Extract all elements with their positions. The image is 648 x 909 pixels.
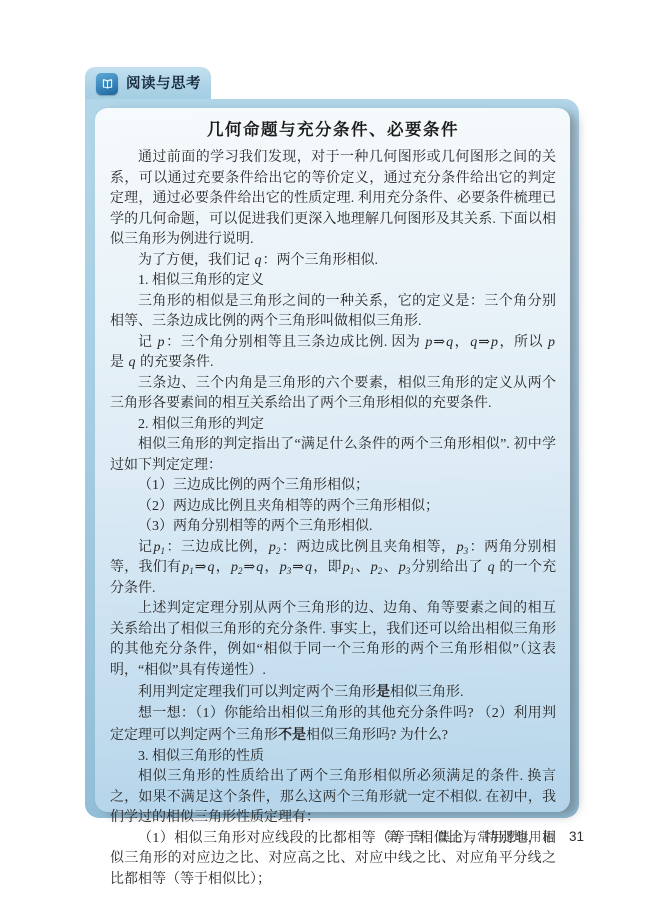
content-card: 几何命题与充分条件、必要条件 通过前面的学习我们发现，对于一种几何图形或几何图形… [95,107,570,812]
tab-label: 阅读与思考 [126,73,201,95]
paragraph-body: 相似三角形的判定指出了“满足什么条件的两个三角形相似”. 初中学过如下判定定理： [110,435,556,476]
paragraph-heading: 3. 相似三角形的性质 [110,747,556,768]
footer-page-number: 31 [569,829,584,844]
open-book-icon [96,73,118,95]
article-title: 几何命题与充分条件、必要条件 [110,119,556,142]
paragraph-body: 上述判定定理分别从两个三角形的边、边角、角等要素之间的相互关系给出了相似三角形的… [110,599,556,681]
page-background: { "colors": { "panel_blue": "#a5cde3", "… [0,0,648,909]
paragraph-body: 为了方便，我们记 q：两个三角形相似. [110,251,556,272]
paragraph-body: 记 p：三个角分别相等且三条边成比例. 因为 p⇒q，q⇒p，所以 p 是 q … [110,333,556,374]
paragraph-body: 记p1：三边成比例，p2：两边成比例且夹角相等，p3：两角分别相等，我们有p1⇒… [110,538,556,600]
paragraph-heading: 2. 相似三角形的判定 [110,415,556,436]
paragraph-body: 相似三角形的性质给出了两个三角形相似所必须满足的条件. 换言之，如果不满足这个条… [110,767,556,829]
paragraph-body: 想一想：（1）你能给出相似三角形的其他充分条件吗? （2）利用判定定理可以判定两… [110,704,556,747]
article-body: 通过前面的学习我们发现，对于一种几何图形或几何图形之间的关系，可以通过充要条件给… [110,148,556,890]
paragraph-body: 三角形的相似是三角形之间的一种关系，它的定义是：三个角分别相等、三条边成比例的两… [110,292,556,333]
paragraph-body: 通过前面的学习我们发现，对于一种几何图形或几何图形之间的关系，可以通过充要条件给… [110,148,556,251]
paragraph-item: （2）两边成比例且夹角相等的两个三角形相似； [110,497,556,518]
paragraph-body: 利用判定定理我们可以判定两个三角形是相似三角形. [110,681,556,704]
paragraph-heading: 1. 相似三角形的定义 [110,271,556,292]
footer-chapter: 第一章 集合与常用逻辑用语 [386,827,555,845]
paragraph-body: 三条边、三个内角是三角形的六个要素，相似三角形的定义从两个三角形各要素间的相互关… [110,374,556,415]
paragraph-item: （3）两角分别相等的两个三角形相似. [110,517,556,538]
footer: 第一章 集合与常用逻辑用语 31 [386,827,584,845]
paragraph-item: （1）三边成比例的两个三角形相似； [110,476,556,497]
